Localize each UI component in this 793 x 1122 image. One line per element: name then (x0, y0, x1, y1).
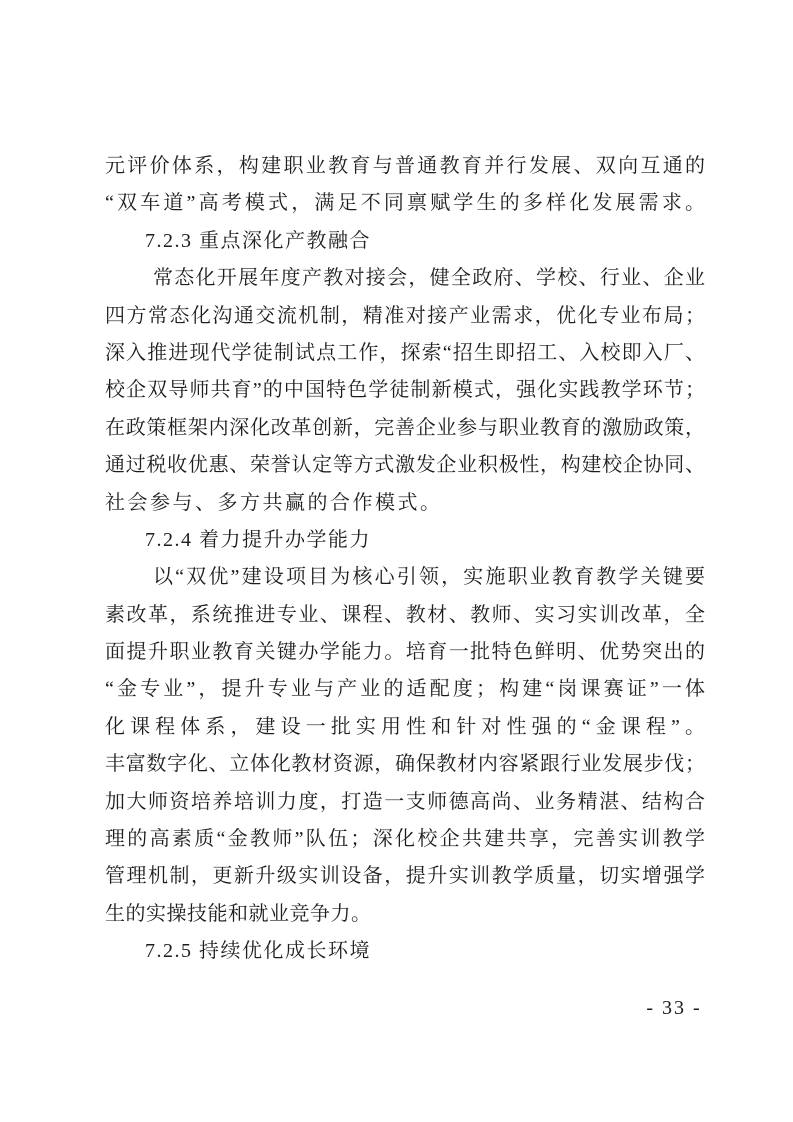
page-number: - 33 - (638, 994, 710, 1022)
text-line: 在政策框架内深化改革创新，完善企业参与职业教育的激励政策， (105, 410, 705, 447)
text-line: 加大师资培养培训力度，打造一支师德高尚、业务精湛、结构合 (105, 784, 705, 821)
text-line: 校企双导师共育”的中国特色学徒制新模式，强化实践教学环节； (105, 372, 705, 409)
text-line: 管理机制，更新升级实训设备，提升实训教学质量，切实增强学 (105, 858, 705, 895)
text-line: 理的高素质“金教师”队伍；深化校企共建共享，完善实训教学 (105, 821, 705, 858)
text-line: 丰富数字化、立体化教材资源，确保教材内容紧跟行业发展步伐； (105, 746, 705, 783)
text-line: “双车道”高考模式，满足不同禀赋学生的多样化发展需求。 (105, 185, 705, 222)
text-line: 四方常态化沟通交流机制，精准对接产业需求，优化专业布局； (105, 298, 705, 335)
document-page: 元评价体系，构建职业教育与普通教育并行发展、双向互通的“双车道”高考模式，满足不… (0, 0, 793, 1122)
text-line: 化课程体系，建设一批实用性和针对性强的“金课程”。 (105, 709, 705, 746)
section-heading: 7.2.3 重点深化产教融合 (105, 223, 705, 260)
text-line: 常态化开展年度产教对接会，健全政府、学校、行业、企业 (105, 260, 705, 297)
section-heading: 7.2.4 着力提升办学能力 (105, 522, 705, 559)
text-line: 社会参与、多方共赢的合作模式。 (105, 485, 705, 522)
document-body: 元评价体系，构建职业教育与普通教育并行发展、双向互通的“双车道”高考模式，满足不… (105, 148, 705, 971)
section-heading: 7.2.5 持续优化成长环境 (105, 933, 705, 970)
text-line: 以“双优”建设项目为核心引领，实施职业教育教学关键要 (105, 559, 705, 596)
text-line: 面提升职业教育关键办学能力。培育一批特色鲜明、优势突出的 (105, 634, 705, 671)
text-line: 素改革，系统推进专业、课程、教材、教师、实习实训改革，全 (105, 597, 705, 634)
text-line: 生的实操技能和就业竞争力。 (105, 896, 705, 933)
text-line: 元评价体系，构建职业教育与普通教育并行发展、双向互通的 (105, 148, 705, 185)
text-line: 深入推进现代学徒制试点工作，探索“招生即招工、入校即入厂、 (105, 335, 705, 372)
text-line: 通过税收优惠、荣誉认定等方式激发企业积极性，构建校企协同、 (105, 447, 705, 484)
text-line: “金专业”，提升专业与产业的适配度；构建“岗课赛证”一体 (105, 671, 705, 708)
